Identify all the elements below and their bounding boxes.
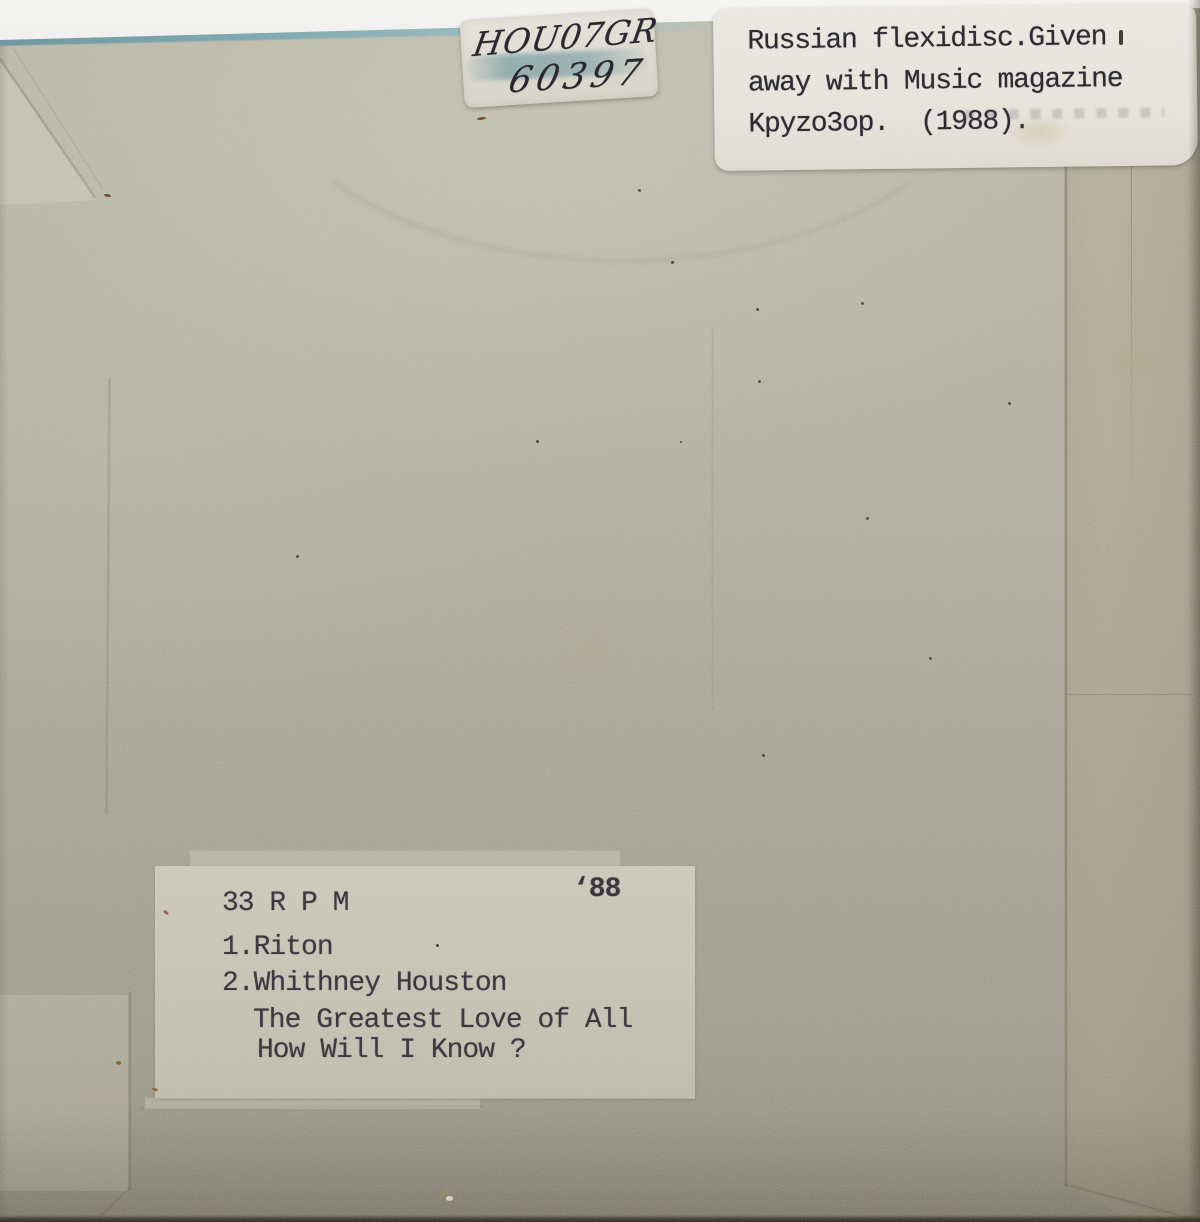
tape-strip-bottom [145, 1098, 480, 1110]
speed-text: 33 R P M [222, 888, 348, 919]
speck [756, 308, 759, 311]
speck [436, 944, 439, 947]
speck [638, 189, 641, 192]
left-edge-shading [0, 40, 8, 1222]
speck [762, 754, 765, 757]
handwritten-catalog-number: 60397 [505, 52, 650, 101]
track-2-artist: 2.Whithney Houston [222, 968, 506, 999]
speck [866, 517, 869, 520]
catalog-sticker: HOU07GR 60397 [459, 8, 658, 108]
right-edge-shading [1188, 0, 1200, 1222]
speck [1008, 402, 1011, 405]
flexidisc-sleeve-photo: HOU07GR 60397 Russian flexidisc.Given aw… [0, 0, 1200, 1222]
faded-type-smudge [964, 107, 1164, 119]
speck [680, 441, 682, 443]
paper-stain [520, 600, 660, 700]
provenance-line-2: away with Music magazine [748, 64, 1123, 100]
middle-vertical-crease [712, 328, 713, 710]
song-title-2: How Will I Know ? [257, 1035, 526, 1066]
speck [296, 555, 299, 558]
year-text: ‘88 [573, 874, 620, 905]
sticker-stain [1004, 115, 1074, 150]
paper-chip [446, 1196, 453, 1201]
song-title-1: The Greatest Love of All [253, 1005, 632, 1036]
tracklist-label: 33 R P M ‘88 1.Riton 2.Whithney Houston … [155, 866, 695, 1099]
paper-stain [1100, 340, 1160, 386]
speck [536, 440, 539, 443]
bottom-shading [0, 1107, 1200, 1222]
speck [758, 380, 761, 383]
right-glued-flap [1064, 0, 1200, 1222]
ink-mark [1119, 30, 1123, 45]
speck [929, 657, 932, 660]
speck [671, 261, 674, 264]
right-flap-crease [1066, 694, 1192, 695]
speck [116, 1061, 121, 1065]
speck [861, 302, 864, 305]
bottom-dark-edge [0, 1215, 1200, 1222]
right-flap-fold-line [1065, 55, 1067, 1187]
provenance-sticker: Russian flexidisc.Given away with Music … [713, 3, 1198, 171]
provenance-line-1: Russian flexidisc.Given [747, 22, 1106, 57]
track-1-artist: 1.Riton [222, 932, 333, 963]
